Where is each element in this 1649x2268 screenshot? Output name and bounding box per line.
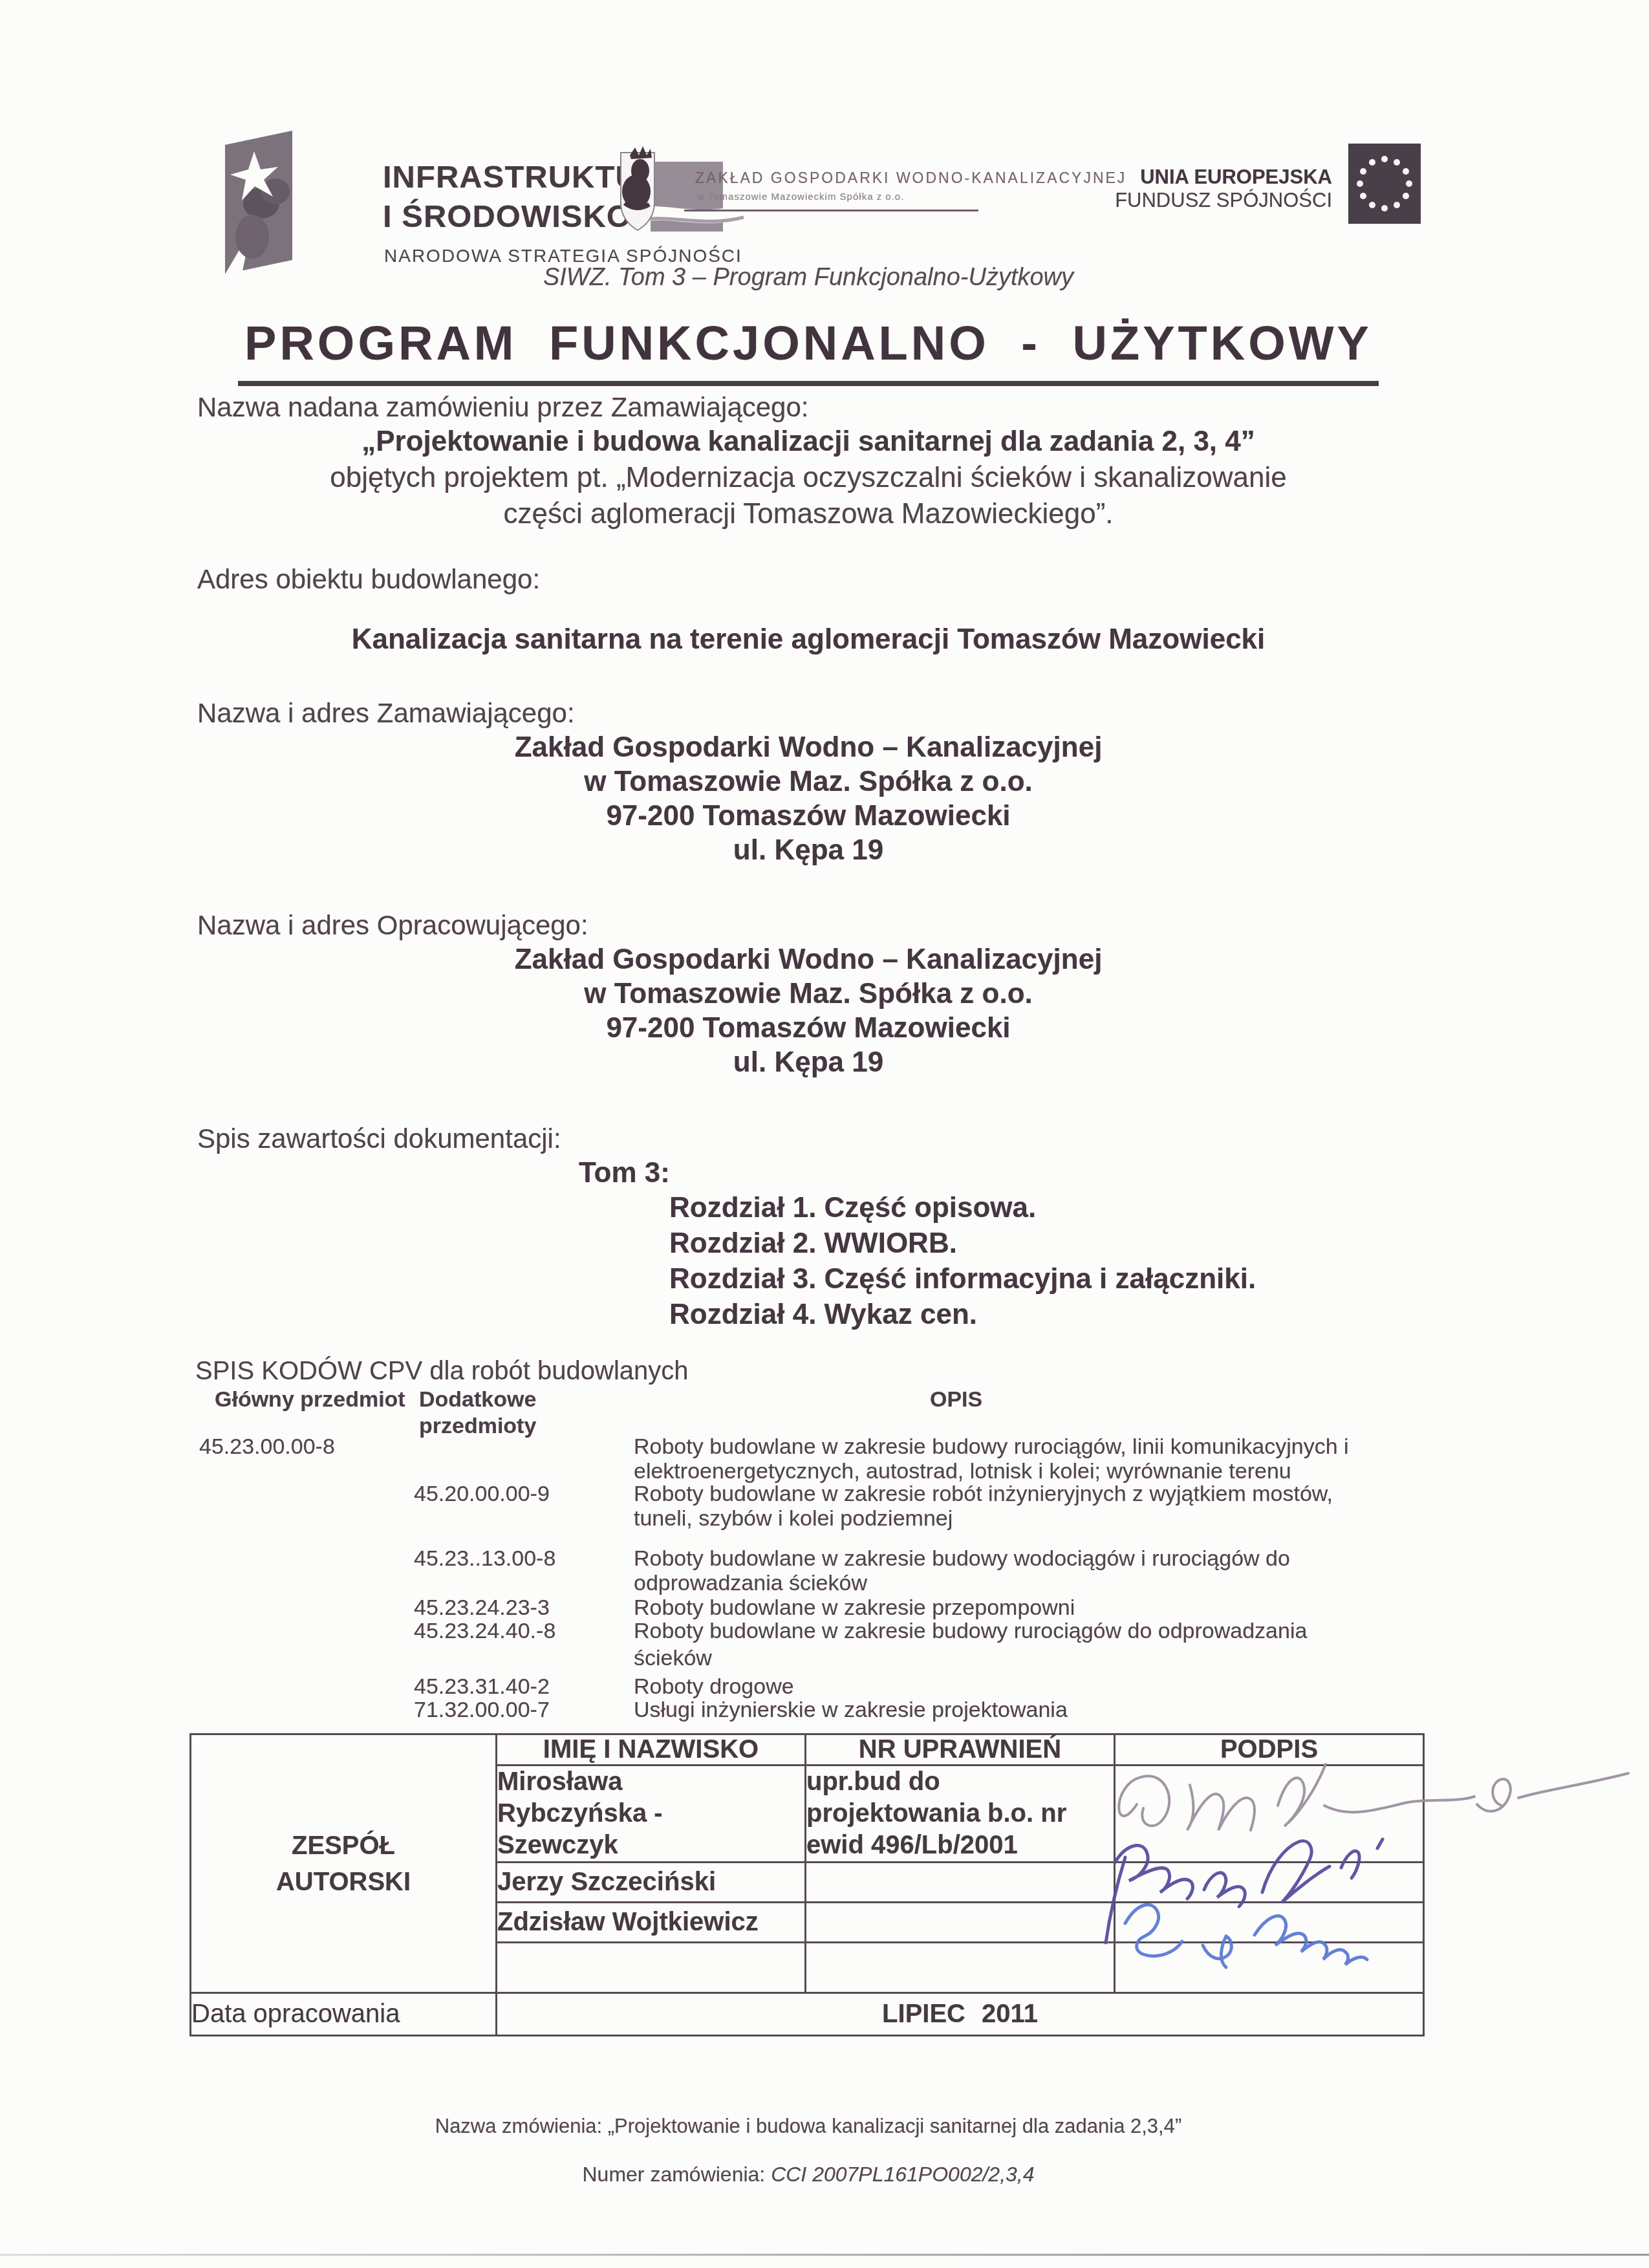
author-name-line: Mirosława (497, 1766, 804, 1798)
footer-order-number-label: Numer zamówienia: (582, 2163, 765, 2186)
cpv-desc: elektroenergetycznych, autostrad, lotnis… (634, 1459, 1291, 1484)
cpv-col-add-2: przedmioty (419, 1414, 536, 1439)
contents-volume: Tom 3: (579, 1155, 670, 1191)
cpv-code: 45.23.31.40-2 (414, 1674, 550, 1700)
nss-flag-icon (213, 127, 301, 275)
contents-label: Spis zawartości dokumentacji: (197, 1123, 561, 1154)
license-line: upr.bud do (806, 1766, 1114, 1798)
cpv-desc: Roboty drogowe (634, 1674, 794, 1700)
author-line: ul. Kępa 19 (515, 1045, 1103, 1079)
order-name-line1: „Projektowanie i budowa kanalizacji sani… (361, 426, 1255, 458)
team-line: ZESPÓŁ (191, 1828, 495, 1864)
cpv-desc: Roboty budowlane w zakresie przepompowni (634, 1595, 1075, 1621)
eu-flag-icon (1348, 144, 1421, 224)
cpv-desc: Roboty budowlane w zakresie budowy ruroc… (634, 1434, 1349, 1460)
author-name-cell: Jerzy Szczeciński (497, 1863, 806, 1903)
cpv-code-main: 45.23.00.00-8 (199, 1434, 335, 1460)
empty-cell (806, 1943, 1115, 1993)
client-line: Zakład Gospodarki Wodno – Kanalizacyjnej (515, 730, 1103, 764)
order-name-line2: objętych projektem pt. „Modernizacja ocz… (330, 462, 1287, 494)
contents-chapters: Rozdział 1. Część opisowa. Rozdział 2. W… (669, 1190, 1256, 1332)
col-header-license: NR UPRAWNIEŃ (806, 1734, 1115, 1766)
team-cell: ZESPÓŁ AUTORSKI (191, 1734, 497, 1993)
client-line: 97-200 Tomaszów Mazowiecki (515, 799, 1103, 833)
author-name-cell: Zdzisław Wojtkiewicz (497, 1903, 806, 1943)
client-line: w Tomaszowie Maz. Spółka z o.o. (515, 764, 1103, 799)
cpv-code: 45.23.24.23-3 (414, 1595, 550, 1621)
scanned-document-page: INFRASTRUKTURA I ŚRODOWISKO NARODOWA STR… (0, 0, 1649, 2268)
signature-wojtkiewicz (1107, 1883, 1443, 1993)
author-line: Zakład Gospodarki Wodno – Kanalizacyjnej (515, 942, 1103, 977)
date-value-cell: LIPIEC 2011 (497, 1993, 1424, 2036)
logo-zgwk-subtitle: w Tomaszowie Mazowieckim Spółka z o.o. (697, 191, 904, 202)
site-address-label: Adres obiektu budowlanego: (197, 564, 540, 595)
cpv-desc: Usługi inżynierskie w zakresie projektow… (634, 1698, 1068, 1723)
cpv-desc: Roboty budowlane w zakresie budowy wodoc… (634, 1546, 1290, 1571)
cpv-desc: Roboty budowlane w zakresie budowy ruroc… (634, 1619, 1307, 1644)
author-name-line: Szewczyk (497, 1830, 804, 1861)
empty-cell (497, 1943, 806, 1993)
cpv-col-add-1: Dodatkowe (419, 1387, 536, 1412)
chapter-item: Rozdział 2. WWIORB. (669, 1226, 1256, 1261)
chapter-item: Rozdział 1. Część opisowa. (669, 1190, 1256, 1226)
logo-zgwk-rule (684, 210, 978, 211)
doc-header: SIWZ. Tom 3 – Program Funkcjonalno-Użytk… (543, 264, 1073, 292)
footer-order-number: Numer zamówienia: CCI 2007PL161PO002/2,3… (582, 2163, 1034, 2187)
order-name-label: Nazwa nadana zamówieniu przez Zamawiając… (197, 392, 809, 423)
col-header-name: IMIĘ I NAZWISKO (497, 1734, 806, 1766)
author-name-line: Rybczyńska - (497, 1798, 804, 1830)
client-address-block: Zakład Gospodarki Wodno – Kanalizacyjnej… (515, 730, 1103, 867)
author-line: 97-200 Tomaszów Mazowiecki (515, 1011, 1103, 1045)
order-name-line3: części aglomeracji Tomaszowa Mazowieckie… (503, 498, 1113, 530)
cpv-code: 45.23.24.40.-8 (414, 1619, 555, 1644)
author-label: Nazwa i adres Opracowującego: (197, 910, 588, 941)
chapter-item: Rozdział 3. Część informacyjna i załączn… (669, 1261, 1256, 1297)
cpv-desc: odprowadzania ścieków (634, 1571, 867, 1596)
footer-order-number-value: CCI 2007PL161PO002/2,3,4 (771, 2163, 1034, 2186)
logo-eu-text: UNIA EUROPEJSKA FUNDUSZ SPÓJNOŚCI (1115, 166, 1332, 212)
chapter-item: Rozdział 4. Wykaz cen. (669, 1297, 1256, 1332)
logo-zgwk-title: ZAKŁAD GOSPODARKI WODNO-KANALIZACYJNEJ (695, 169, 1126, 187)
author-address-block: Zakład Gospodarki Wodno – Kanalizacyjnej… (515, 942, 1103, 1079)
license-line: projektowania b.o. nr (806, 1798, 1114, 1830)
author-license-cell (806, 1863, 1115, 1903)
author-line: w Tomaszowie Maz. Spółka z o.o. (515, 977, 1103, 1011)
cpv-desc: Roboty budowlane w zakresie robót inżyni… (634, 1482, 1333, 1507)
logo-eu-line2: FUNDUSZ SPÓJNOŚCI (1115, 189, 1332, 212)
date-label-cell: Data opracowania (191, 1993, 497, 2036)
cpv-col-main: Główny przedmiot (215, 1387, 405, 1412)
cpv-code: 71.32.00.00-7 (414, 1698, 550, 1723)
cpv-code: 45.23..13.00-8 (414, 1546, 555, 1571)
cpv-code: 45.20.00.00-9 (414, 1482, 550, 1507)
page-title: PROGRAM FUNKCJONALNO - UŻYTKOWY (238, 316, 1379, 386)
cpv-desc: tuneli, szybów i kolei podziemnej (634, 1506, 953, 1531)
cpv-col-desc: OPIS (930, 1387, 982, 1412)
author-name-cell: Mirosława Rybczyńska - Szewczyk (497, 1766, 806, 1863)
logo-eu-line1: UNIA EUROPEJSKA (1115, 166, 1332, 189)
license-line: ewid 496/Lb/2001 (806, 1830, 1114, 1861)
client-line: ul. Kępa 19 (515, 833, 1103, 867)
author-license-cell (806, 1903, 1115, 1943)
scan-artifact-line (0, 2254, 1649, 2256)
author-license-cell: upr.bud do projektowania b.o. nr ewid 49… (806, 1766, 1115, 1863)
cpv-desc: ścieków (634, 1646, 712, 1671)
client-label: Nazwa i adres Zamawiającego: (197, 698, 575, 729)
team-line: AUTORSKI (191, 1864, 495, 1900)
site-address-value: Kanalizacja sanitarna na terenie aglomer… (352, 623, 1266, 656)
footer-order-name: Nazwa zmówienia: „Projektowanie i budowa… (435, 2115, 1182, 2138)
cpv-title: SPIS KODÓW CPV dla robót budowlanych (195, 1357, 689, 1386)
